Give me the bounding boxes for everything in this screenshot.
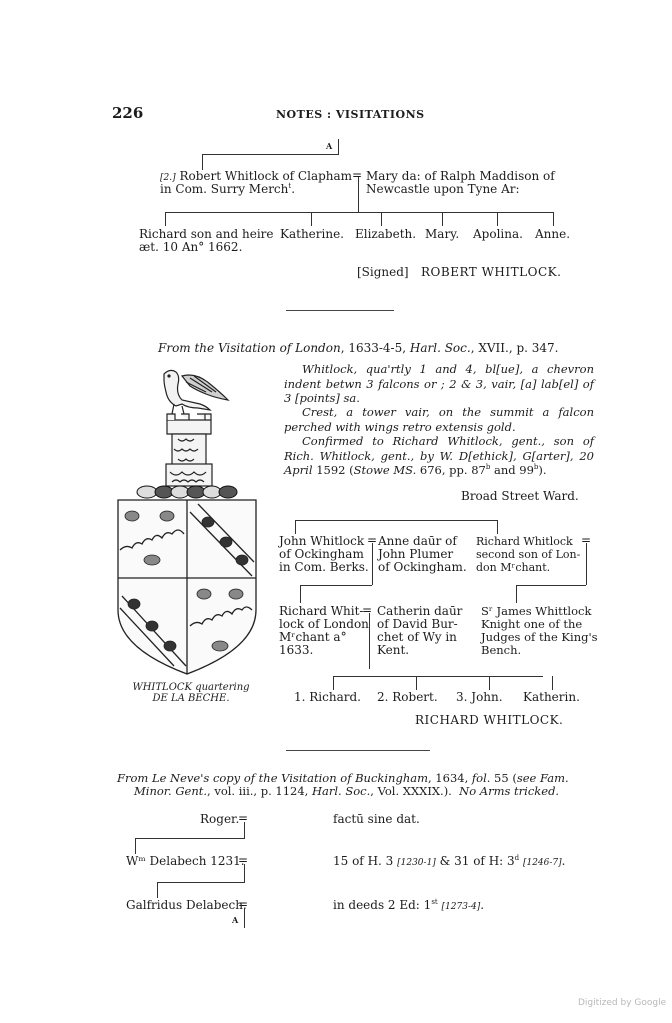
continuation-marker: A <box>232 915 238 925</box>
person-line: second son of Lon- <box>476 548 580 561</box>
signature: ROBERT WHITLOCK. <box>421 266 561 279</box>
ward-label: Broad Street Ward. <box>461 490 579 503</box>
source-volume: , vol. iii., p. 1124, <box>207 784 312 798</box>
source-series: Harl. Soc. <box>410 341 471 355</box>
regnal-year: & 31 of H: 3 <box>436 854 515 868</box>
tree-line <box>489 676 490 690</box>
tree-line <box>333 676 334 690</box>
arms-note: No Arms tricked. <box>459 784 559 798</box>
confirmation-paragraph: Confirmed to Richard Whitlock, gent., so… <box>284 434 594 478</box>
child-entry: Richard son and heire æt. 10 An° 1662. <box>139 228 274 254</box>
source-volume: , XVII., p. 347. <box>471 341 559 355</box>
tree-line <box>300 585 372 586</box>
tree-line <box>135 838 245 839</box>
tree-line <box>497 520 498 534</box>
regnal-year: 15 of H. 3 <box>333 854 397 868</box>
tree-line <box>300 585 301 603</box>
tree-line <box>369 613 370 669</box>
source-citation: From the Visitation of London, 1633-4-5,… <box>158 342 558 355</box>
father-entry-line2: in Com. Surry Mercht. <box>160 183 295 196</box>
tree-line <box>338 139 339 154</box>
person-line: of Ockingham. <box>378 561 467 574</box>
person-entry: Richard Whit- lock of London Mʳchant a° … <box>279 605 369 657</box>
tree-line <box>333 676 543 677</box>
folio-number: 55 ( <box>490 771 516 785</box>
person-line: don Mʳchant. <box>476 561 580 574</box>
manuscript-pages: and 99 <box>490 463 534 477</box>
signed-label: [Signed] <box>357 266 409 279</box>
source-citation-line2: Minor. Gent., vol. iii., p. 1124, Harl. … <box>134 785 559 798</box>
source-title: From Le Neve's copy of the Visitation of… <box>117 771 428 785</box>
tree-line <box>135 838 136 854</box>
child-entry: 1. Richard. <box>294 691 361 704</box>
continuation-marker: A <box>326 141 332 151</box>
person-entry: Sʳ James Whittlock Knight one of the Jud… <box>481 605 598 657</box>
father-name: Robert Whitlock of Clapham <box>179 169 352 183</box>
superscript: st <box>431 898 437 906</box>
page-number: 226 <box>112 104 143 122</box>
person-line: Kent. <box>377 644 462 657</box>
child-entry: Anne. <box>535 228 570 241</box>
person-name: Galfridus Delabech. <box>126 899 247 912</box>
falcon-tower-crest-icon <box>112 364 262 679</box>
person-line: Richard Whitlock <box>476 535 580 548</box>
deed-note: in deeds 2 Ed: 1st [1273-4]. <box>333 899 484 914</box>
date-bracket: [1273-4] <box>442 902 481 912</box>
source-volume: , Vol. XXXIX.). <box>370 784 452 798</box>
person-name: Roger. <box>200 813 239 826</box>
mother-entry-line2: Newcastle upon Tyne Ar: <box>366 183 520 196</box>
folio-label: fol. <box>472 771 491 785</box>
person-line: in Com. Berks. <box>279 561 369 574</box>
tree-line <box>311 212 312 226</box>
tree-line <box>202 154 339 155</box>
arms-caption: WHITLOCK quartering DE LA BECHE. <box>127 682 255 704</box>
source-title: From the Visitation of London <box>158 341 341 355</box>
arms-caption-line: WHITLOCK quartering <box>127 682 255 693</box>
tree-line <box>165 212 553 213</box>
person-entry: Richard Whitlock second son of Lon- don … <box>476 535 580 574</box>
tree-line <box>516 585 586 586</box>
person-line: 1633. <box>279 644 369 657</box>
child-entry: Mary. <box>425 228 459 241</box>
child-entry: Katherine. <box>280 228 344 241</box>
tree-line <box>442 212 443 226</box>
person-entry: Anne daūr of John Plumer of Ockingham. <box>378 535 467 574</box>
section-divider <box>286 310 394 311</box>
tree-line <box>416 676 417 690</box>
person-entry: John Whitlock of Ockingham in Com. Berks… <box>279 535 369 574</box>
date-bracket: [1246-7] <box>523 858 562 868</box>
punct: . <box>480 898 484 912</box>
see-ref: see Fam. <box>517 771 569 785</box>
child-entry: Elizabeth. <box>355 228 416 241</box>
tree-line <box>244 822 245 838</box>
punct: . <box>562 854 566 868</box>
punct: ). <box>538 463 546 477</box>
source-title: Minor. Gent. <box>134 784 207 798</box>
father-detail: in Com. Surry Merch <box>160 182 288 196</box>
signature: RICHARD WHITLOCK. <box>415 714 563 727</box>
deed-note: 15 of H. 3 [1230-1] & 31 of H: 3d [1246-… <box>333 855 566 870</box>
crest-paragraph: Crest, a tower vair, on the summit a fal… <box>284 405 594 434</box>
tree-line <box>516 585 517 603</box>
deed-note: factū sine dat. <box>333 813 420 826</box>
punct: . <box>291 182 295 196</box>
manuscript-ref: Stowe MS. <box>354 463 417 477</box>
arms-caption-line: DE LA BECHE. <box>127 693 255 704</box>
tree-line <box>157 882 158 898</box>
source-date: , 1634, <box>428 771 472 785</box>
person-name: Wᵐ Delabech 1231. <box>126 855 245 868</box>
source-date: , 1633-4-5, <box>341 341 410 355</box>
tree-line <box>586 543 587 585</box>
tree-line <box>157 882 245 883</box>
tree-line <box>372 543 373 585</box>
tree-line <box>295 520 497 521</box>
marriage-symbol: = <box>362 604 372 616</box>
tree-line <box>381 212 382 226</box>
running-title: NOTES : VISITATIONS <box>276 108 425 121</box>
blazon-paragraph: Whitlock, qua'rtly 1 and 4, bl[ue], a ch… <box>284 362 594 406</box>
manuscript-pages: 676, pp. 87 <box>416 463 486 477</box>
digitized-watermark: Digitized by Google <box>578 998 666 1008</box>
tree-line <box>165 212 166 226</box>
tree-line <box>295 520 296 534</box>
child-detail: æt. 10 An° 1662. <box>139 241 274 254</box>
tree-line <box>244 908 245 928</box>
child-entry: 2. Robert. <box>377 691 438 704</box>
child-entry: Katherin. <box>523 691 580 704</box>
regnal-year: in deeds 2 Ed: 1 <box>333 898 431 912</box>
person-line: Bench. <box>481 644 598 657</box>
tree-line <box>497 212 498 226</box>
child-entry: Apolina. <box>473 228 523 241</box>
section-divider <box>286 750 430 751</box>
person-entry: Catherin daūr of David Bur- chet of Wy i… <box>377 605 462 657</box>
confirmation-year: 1592 ( <box>316 463 353 477</box>
source-series: Harl. Soc. <box>312 784 370 798</box>
tree-line <box>202 154 203 170</box>
tree-line <box>552 676 553 690</box>
tree-line <box>553 212 554 226</box>
coat-of-arms-illustration <box>112 364 262 679</box>
child-entry: 3. John. <box>456 691 503 704</box>
tree-line <box>358 177 359 212</box>
date-bracket: [1230-1] <box>397 858 436 868</box>
tree-line <box>244 864 245 882</box>
